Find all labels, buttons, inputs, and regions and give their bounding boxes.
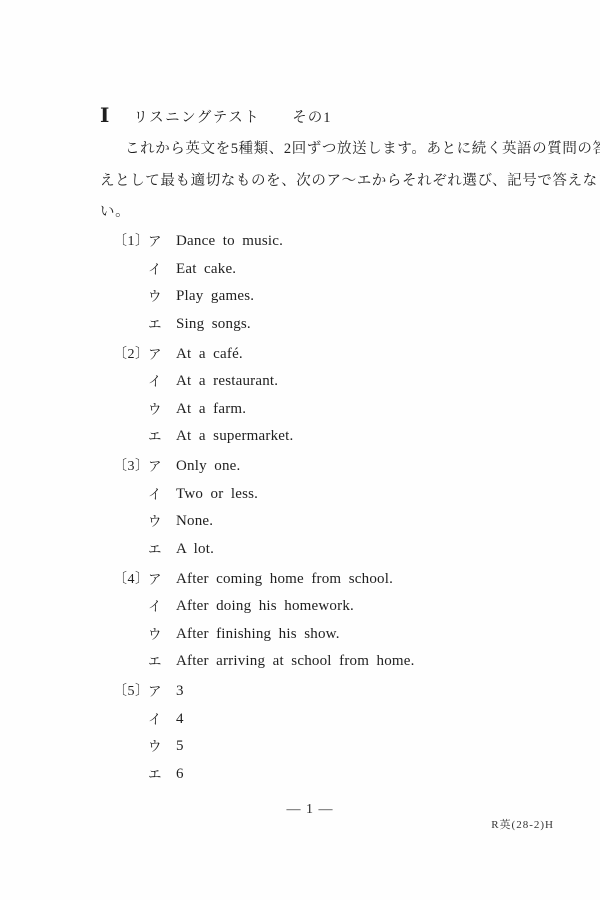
option-row: エ After arriving at school from home. — [148, 648, 553, 676]
question-list: 〔1〕 ア Dance to music. イ Eat cake. ウ Play… — [113, 228, 553, 791]
option-row: イ At a restaurant. — [148, 368, 553, 396]
instruction-line: えとして最も適切なものを、次のア～エからそれぞれ選び、記号で答えなさ — [100, 166, 550, 198]
option-row: ウ 5 — [148, 733, 553, 761]
option-text: 5 — [176, 733, 184, 761]
question-1: 〔1〕 ア Dance to music. イ Eat cake. ウ Play… — [113, 228, 553, 338]
option-text: After coming home from school. — [176, 566, 393, 594]
option-row: イ After doing his homework. — [148, 593, 553, 621]
option-row: ウ Play games. — [148, 283, 553, 311]
option-list: ア Only one. イ Two or less. ウ None. エ A l… — [148, 453, 553, 563]
option-row: ア After coming home from school. — [148, 566, 553, 594]
option-marker: ウ — [148, 396, 176, 424]
instruction-line: これから英文を5種類、2回ずつ放送します。あとに続く英語の質問の答 — [100, 134, 550, 166]
option-row: エ 6 — [148, 761, 553, 789]
option-text: At a supermarket. — [176, 423, 293, 451]
option-row: イ Eat cake. — [148, 256, 553, 284]
option-marker: イ — [148, 368, 176, 396]
option-text: 4 — [176, 706, 184, 734]
option-row: ア Dance to music. — [148, 228, 553, 256]
option-row: エ At a supermarket. — [148, 423, 553, 451]
option-marker: ア — [148, 341, 176, 369]
option-text: 3 — [176, 678, 184, 706]
option-text: At a café. — [176, 341, 243, 369]
instruction-line: い。 — [100, 197, 550, 229]
option-marker: イ — [148, 593, 176, 621]
option-text: Sing songs. — [176, 311, 251, 339]
option-text: After doing his homework. — [176, 593, 354, 621]
exam-page: Ⅰ リスニングテスト その1 これから英文を5種類、2回ずつ放送します。あとに続… — [0, 0, 600, 900]
option-text: Only one. — [176, 453, 240, 481]
option-text: None. — [176, 508, 213, 536]
instructions: これから英文を5種類、2回ずつ放送します。あとに続く英語の質問の答 えとして最も… — [100, 134, 550, 229]
option-marker: エ — [148, 311, 176, 339]
option-row: ア 3 — [148, 678, 553, 706]
question-2: 〔2〕 ア At a café. イ At a restaurant. ウ At… — [113, 341, 553, 451]
question-label: 〔5〕 — [113, 678, 148, 706]
option-marker: ウ — [148, 508, 176, 536]
option-row: ウ None. — [148, 508, 553, 536]
document-code: R英(28-2)H — [491, 816, 554, 832]
option-text: At a farm. — [176, 396, 246, 424]
option-list: ア 3 イ 4 ウ 5 エ 6 — [148, 678, 553, 788]
option-text: Two or less. — [176, 481, 258, 509]
option-marker: ア — [148, 678, 176, 706]
option-marker: エ — [148, 536, 176, 564]
section-header: Ⅰ リスニングテスト その1 — [100, 103, 331, 128]
section-part: その1 — [292, 106, 331, 127]
option-row: ア Only one. — [148, 453, 553, 481]
question-4: 〔4〕 ア After coming home from school. イ A… — [113, 566, 553, 676]
option-marker: エ — [148, 761, 176, 789]
option-marker: ア — [148, 566, 176, 594]
option-marker: エ — [148, 648, 176, 676]
option-list: ア After coming home from school. イ After… — [148, 566, 553, 676]
option-text: At a restaurant. — [176, 368, 278, 396]
section-numeral: Ⅰ — [100, 103, 109, 128]
option-text: Eat cake. — [176, 256, 236, 284]
question-label: 〔3〕 — [113, 453, 148, 481]
option-marker: イ — [148, 706, 176, 734]
option-row: ア At a café. — [148, 341, 553, 369]
option-row: エ A lot. — [148, 536, 553, 564]
option-row: イ Two or less. — [148, 481, 553, 509]
option-list: ア Dance to music. イ Eat cake. ウ Play gam… — [148, 228, 553, 338]
question-label: 〔2〕 — [113, 341, 148, 369]
option-text: After arriving at school from home. — [176, 648, 415, 676]
option-text: 6 — [176, 761, 184, 789]
option-marker: ア — [148, 453, 176, 481]
question-5: 〔5〕 ア 3 イ 4 ウ 5 エ 6 — [113, 678, 553, 788]
option-marker: イ — [148, 256, 176, 284]
option-text: Play games. — [176, 283, 254, 311]
option-text: After finishing his show. — [176, 621, 340, 649]
option-marker: イ — [148, 481, 176, 509]
section-title: リスニングテスト — [133, 106, 260, 127]
question-label: 〔1〕 — [113, 228, 148, 256]
option-row: イ 4 — [148, 706, 553, 734]
option-marker: ウ — [148, 621, 176, 649]
option-marker: ア — [148, 228, 176, 256]
option-marker: ウ — [148, 283, 176, 311]
option-row: ウ After finishing his show. — [148, 621, 553, 649]
question-3: 〔3〕 ア Only one. イ Two or less. ウ None. エ… — [113, 453, 553, 563]
question-label: 〔4〕 — [113, 566, 148, 594]
option-row: ウ At a farm. — [148, 396, 553, 424]
option-marker: ウ — [148, 733, 176, 761]
option-list: ア At a café. イ At a restaurant. ウ At a f… — [148, 341, 553, 451]
option-row: エ Sing songs. — [148, 311, 553, 339]
option-text: Dance to music. — [176, 228, 283, 256]
option-marker: エ — [148, 423, 176, 451]
option-text: A lot. — [176, 536, 214, 564]
